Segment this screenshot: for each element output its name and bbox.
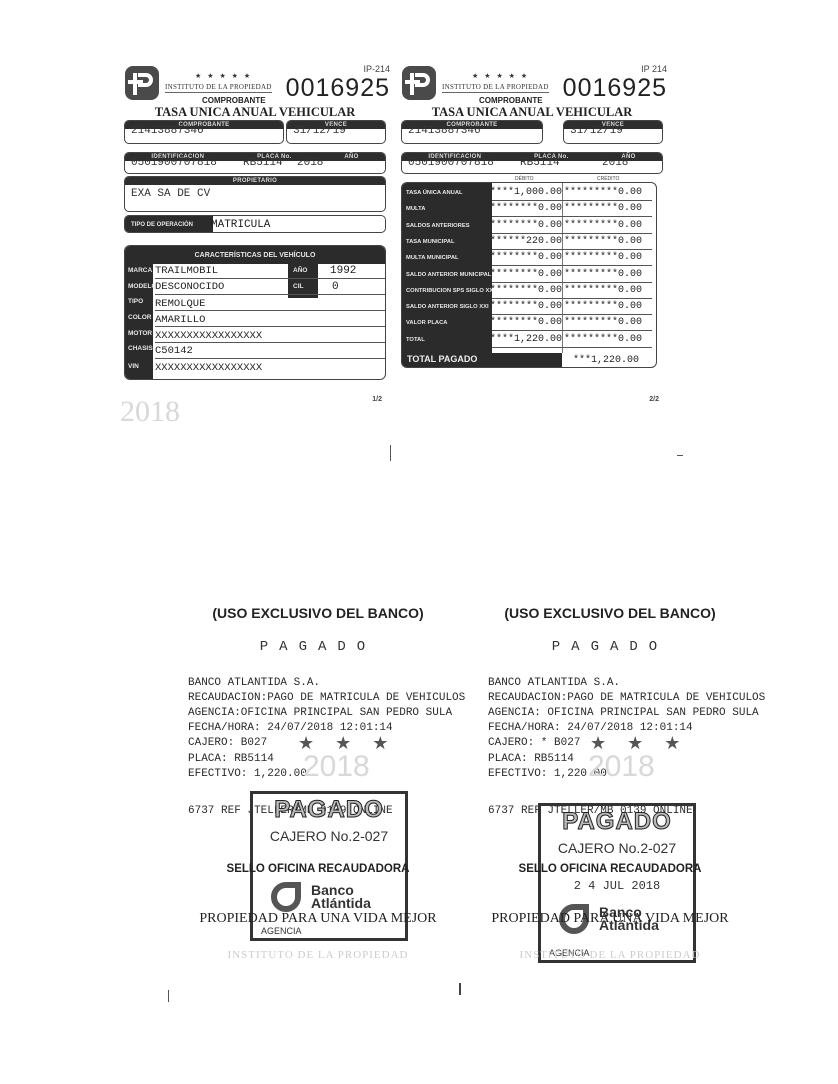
scan-mark	[677, 455, 683, 456]
institution-name: INSTITUTO DE LA PROPIEDAD	[165, 83, 272, 93]
payment-row-label: TASA MUNICIPAL	[402, 234, 492, 250]
bank-line: RECAUDACION:PAGO DE MATRICULA DE VEHICUL…	[488, 692, 765, 704]
tipo-operacion-label: TIPO DE OPERACIÓN	[125, 216, 213, 233]
total-pagado-label: TOTAL PAGADO	[407, 354, 477, 364]
placa-value: RB5114	[520, 158, 560, 169]
sello-label: SELLO OFICINA RECAUDADORA	[470, 863, 750, 875]
payment-row-credito: *********0.00	[564, 334, 639, 345]
comprobante-value: 21413887346	[402, 126, 542, 137]
bank-stamp-right: (USO EXCLUSIVO DEL BANCO) PAGADO BANCO A…	[470, 605, 750, 965]
cil-value: 0	[332, 281, 339, 293]
payment-row-label: SALDO ANTERIOR SIGLO XXI	[402, 299, 492, 315]
bank-line: RECAUDACION:PAGO DE MATRICULA DE VEHICUL…	[188, 692, 465, 704]
stamp-agencia: AGENCIA	[261, 926, 302, 936]
payment-row-debito: ********0.00	[490, 252, 560, 263]
slogan: PROPIEDAD PARA UNA VIDA MEJOR	[470, 911, 750, 927]
bank-name-2: Atlántida	[311, 895, 371, 911]
identificacion-row: IDENTIFICACION PLACA No. AÑO 05019007078…	[401, 152, 663, 174]
watermark-year: 2018	[303, 750, 370, 784]
vin-value: XXXXXXXXXXXXXXXXX	[155, 362, 262, 374]
comprobante-field: COMPROBANTE 21413887346	[401, 120, 543, 144]
paid-rubber-stamp: PAGADO CAJERO No.2-027 2 4 JUL 2018 Banc…	[538, 803, 696, 963]
sello-label: SELLO OFICINA RECAUDADORA	[178, 863, 458, 875]
scan-mark	[168, 990, 169, 1002]
vence-field: VENCE 31/12/19	[286, 120, 386, 144]
bank-line: BANCO ATLANTIDA S.A.	[488, 677, 620, 689]
form-code: IP 214	[641, 64, 667, 74]
institution-footer: INSTITUTO DE LA PROPIEDAD	[470, 949, 750, 961]
tipo-value: REMOLQUE	[155, 298, 205, 310]
payment-row-debito: ********0.00	[490, 285, 560, 296]
vence-value: 31/12/19	[564, 126, 662, 137]
payment-row-debito: ****1,220.00	[490, 334, 560, 345]
payment-row-credito: *********0.00	[564, 220, 639, 231]
propietario-label: PROPIETARIO	[125, 177, 385, 185]
placa-value: RB5114	[243, 158, 283, 169]
institution-footer: INSTITUTO DE LA PROPIEDAD	[178, 949, 458, 961]
bank-line: CAJERO: * B027	[488, 737, 580, 749]
payment-row-credito: *********0.00	[564, 269, 639, 280]
payment-row-credito: *********0.00	[564, 236, 639, 247]
stamp-status: PAGADO	[541, 808, 693, 836]
payment-row-label: CONTRIBUCION SPS SIGLO XXI	[402, 283, 492, 299]
vehicle-characteristics: CARACTERÍSTICAS DEL VEHÍCULO MARCA TRAIL…	[124, 245, 386, 380]
motor-value: XXXXXXXXXXXXXXXXX	[155, 330, 262, 342]
payment-row-label: MULTA	[402, 201, 492, 217]
institute-logo-icon	[125, 66, 159, 100]
stars-icon: ★ ★ ★ ★ ★	[472, 72, 529, 80]
bank-line: CAJERO: B027	[188, 737, 267, 749]
stamp-cashier: CAJERO No.2-027	[541, 840, 693, 856]
bank-line: PLACA: RB5114	[488, 753, 574, 765]
payment-row-debito: ******220.00	[490, 236, 560, 247]
modelo-value: DESCONOCIDO	[155, 281, 224, 293]
comprobante-field: COMPROBANTE 21413887346	[124, 120, 284, 144]
receipt-subtitle: COMPROBANTE	[479, 96, 543, 105]
payment-row-credito: *********0.00	[564, 203, 639, 214]
payment-row-label: TOTAL	[402, 332, 492, 348]
paid-status: PAGADO	[178, 639, 458, 655]
stamp-cashier: CAJERO No.2-027	[253, 828, 405, 844]
payment-row-debito: ****1,000.00	[490, 187, 560, 198]
payment-row-debito: ********0.00	[490, 203, 560, 214]
slogan: PROPIEDAD PARA UNA VIDA MEJOR	[178, 911, 458, 927]
payment-row-debito: ********0.00	[490, 269, 560, 280]
payment-row-credito: *********0.00	[564, 317, 639, 328]
payment-row-credito: *********0.00	[564, 252, 639, 263]
vin-label: VIN	[125, 363, 153, 370]
stars-icon: ★ ★ ★ ★ ★	[195, 72, 252, 80]
identificacion-value: 0501900707818	[408, 158, 494, 169]
bank-use-header: (USO EXCLUSIVO DEL BANCO)	[470, 605, 750, 621]
modelo-label: MODELO	[125, 283, 153, 290]
color-label: COLOR	[125, 314, 153, 321]
identificacion-value: 0501900707818	[131, 158, 217, 169]
payment-row-debito: ********0.00	[490, 301, 560, 312]
payment-row-credito: *********0.00	[564, 285, 639, 296]
tipo-operacion-field: TIPO DE OPERACIÓN MATRICULA	[124, 215, 386, 233]
anio-value: 2018	[297, 158, 323, 169]
bank-line: AGENCIA: OFICINA PRINCIPAL SAN PEDRO SUL…	[488, 707, 759, 719]
stamp-status: PAGADO	[253, 796, 405, 824]
paid-status: PAGADO	[470, 639, 750, 655]
form-code: IP-214	[363, 64, 390, 74]
receipt-payment-detail: ★ ★ ★ ★ ★ INSTITUTO DE LA PROPIEDAD IP 2…	[397, 60, 667, 410]
bank-line: BANCO ATLANTIDA S.A.	[188, 677, 320, 689]
receipt-number: 0016925	[286, 74, 390, 103]
bank-stamp-left: (USO EXCLUSIVO DEL BANCO) PAGADO BANCO A…	[178, 605, 458, 965]
payment-row-credito: *********0.00	[564, 187, 639, 198]
marca-label: MARCA	[125, 267, 153, 274]
bank-use-header: (USO EXCLUSIVO DEL BANCO)	[178, 605, 458, 621]
payment-row-label: TASA ÚNICA ANUAL	[402, 185, 492, 201]
ano-label: AÑO	[293, 267, 307, 274]
cil-label: CIL	[293, 283, 303, 290]
scan-mark	[390, 445, 391, 461]
marca-value: TRAILMOBIL	[155, 265, 218, 277]
watermark-year: 2018	[120, 395, 180, 429]
identificacion-row: IDENTIFICACION PLACA No. AÑO 05019007078…	[124, 152, 386, 174]
vence-field: VENCE 31/12/19	[563, 120, 663, 144]
payment-table: TASA ÚNICA ANUAL****1,000.00*********0.0…	[401, 182, 657, 368]
receipt-subtitle: COMPROBANTE	[202, 96, 266, 105]
page-indicator: 1/2	[372, 396, 382, 403]
chasis-label: CHASIS	[125, 345, 153, 352]
payment-row-label: MULTA MUNICIPAL	[402, 250, 492, 266]
total-pagado-value: ***1,220.00	[564, 355, 639, 366]
payment-row-label: SALDOS ANTERIORES	[402, 218, 492, 234]
payment-row-label: SALDO ANTERIOR MUNICIPAL	[402, 267, 492, 283]
payment-row-debito: ********0.00	[490, 220, 560, 231]
ano-value: 1992	[330, 265, 356, 277]
bank-line: PLACA: RB5114	[188, 753, 274, 765]
propietario-field: PROPIETARIO EXA SA DE CV	[124, 176, 386, 212]
page-indicator: 2/2	[649, 396, 659, 403]
vence-value: 31/12/19	[287, 126, 385, 137]
tipo-label: TIPO	[125, 298, 153, 305]
vehicle-header: CARACTERÍSTICAS DEL VEHÍCULO	[125, 246, 385, 264]
color-value: AMARILLO	[155, 314, 205, 326]
payment-row-label: VALOR PLACA	[402, 315, 492, 331]
bank-line: EFECTIVO: 1,220.00	[188, 768, 307, 780]
bank-logo-icon	[271, 882, 301, 912]
institute-logo-icon	[402, 66, 436, 100]
receipt-title: TASA UNICA ANUAL VEHICULAR	[120, 105, 390, 120]
institution-name: INSTITUTO DE LA PROPIEDAD	[442, 83, 549, 93]
stamp-date: 2 4 JUL 2018	[541, 879, 693, 893]
receipt-vehicle-info: ★ ★ ★ ★ ★ INSTITUTO DE LA PROPIEDAD IP-2…	[120, 60, 390, 410]
tipo-operacion-value: MATRICULA	[211, 219, 270, 231]
receipt-number: 0016925	[563, 74, 667, 103]
receipt-title: TASA UNICA ANUAL VEHICULAR	[397, 105, 667, 120]
scan-mark	[459, 983, 461, 995]
watermark-year: 2018	[588, 750, 655, 784]
chasis-value: C50142	[155, 345, 193, 357]
motor-label: MOTOR	[125, 330, 153, 337]
payment-row-debito: ********0.00	[490, 317, 560, 328]
bank-line: AGENCIA:OFICINA PRINCIPAL SAN PEDRO SULA	[188, 707, 452, 719]
propietario-value: EXA SA DE CV	[125, 189, 385, 200]
payment-row-credito: *********0.00	[564, 301, 639, 312]
anio-value: 2018	[602, 158, 628, 169]
